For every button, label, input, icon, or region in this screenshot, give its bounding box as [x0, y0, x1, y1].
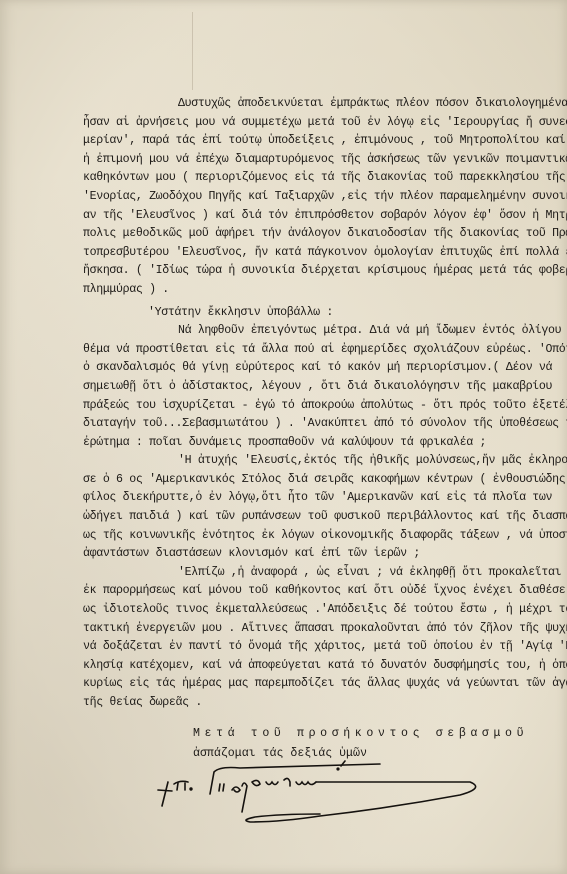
closing-salutation: Μετά τοῦ προσήκοντος σεβασμοῦ ἀσπάζομαι …: [193, 724, 528, 764]
text-line: Δυστυχῶς ἀποδεικνύεται ἐμπράκτως πλέον π…: [83, 95, 553, 114]
text-line: μερίαν', παρά τάς ἐπί τούτῳ ὑποδείξεις ,…: [83, 132, 553, 151]
text-line: κλησίᾳ κατέχομεν, καί νά ἀποφεύγεται κατ…: [83, 657, 553, 676]
text-line: νά δοξάζεται ἐν παντί τό ὄνομά τῆς χάριτ…: [83, 638, 553, 657]
text-line: φίλος διεκήρυττε,ὁ ἐν λόγῳ,ὅτι ἦτο τῶν '…: [83, 489, 553, 508]
text-line: ως ἰδιοτελοῦς τινος ἐκμεταλλεύσεως .'Από…: [83, 601, 553, 620]
text-line: Νά ληφθοῦν ἐπειγόντως μέτρα. Διά νά μή ἴ…: [83, 322, 553, 341]
paragraph-2: 'Υστάτην ἔκκλησιν ὑποβάλλω :: [83, 304, 553, 323]
document-page: Δυστυχῶς ἀποδεικνύεται ἐμπράκτως πλέον π…: [0, 0, 567, 874]
paragraph-4: 'Η ἀτυχής 'Ελευσίς,ἐκτός τῆς ἠθικῆς μολύ…: [83, 452, 553, 564]
paragraph-5: 'Ελπίζω ,ἡ ἀναφορά , ὡς εἶναι ; νά ἐκληφ…: [83, 564, 553, 713]
text-line: κυρίως εἰς τάς ἡμέρας μας παρεμποδίζει τ…: [83, 675, 553, 694]
letter-body: Δυστυχῶς ἀποδεικνύεται ἐμπράκτως πλέον π…: [83, 95, 553, 713]
closing-line-1: Μετά τοῦ προσήκοντος σεβασμοῦ: [193, 724, 528, 744]
text-line: 'Ελπίζω ,ἡ ἀναφορά , ὡς εἶναι ; νά ἐκληφ…: [83, 564, 553, 583]
text-line: ἀφαντάστων διαστάσεων κλονισμόν καί ἐπί …: [83, 545, 553, 564]
text-line: ἐκ παρορμήσεως καί μόνου τοῦ καθήκοντος …: [83, 582, 553, 601]
text-line: τακτική ἐνεργειῶν μου . Αἵτινες ἅπασαι π…: [83, 620, 553, 639]
text-line: 'Ενορίας, Ζωοδόχου Πηγῆς καί Ταξιαρχῶν ,…: [83, 188, 553, 207]
text-line: αν τῆς 'Ελευσῖνος ) καί διά τόν ἐπιπρόσθ…: [83, 207, 553, 226]
paper-fold-mark: [192, 12, 193, 90]
text-line: ως τῆς κοινωνικῆς ἑνότητος ἐκ λόγων οἰκο…: [83, 527, 553, 546]
paragraph-3: Νά ληφθοῦν ἐπειγόντως μέτρα. Διά νά μή ἴ…: [83, 322, 553, 452]
text-line: ὡδήγει παιδιά ) καί τῶν ρυπάνσεων τοῦ φυ…: [83, 508, 553, 527]
paragraph-1: Δυστυχῶς ἀποδεικνύεται ἐμπράκτως πλέον π…: [83, 95, 553, 300]
text-line: ὁ σκανδαλισμός θά γίνῃ εὐρύτερος καί τό …: [83, 359, 553, 378]
text-line: 'Υστάτην ἔκκλησιν ὑποβάλλω :: [83, 304, 553, 323]
text-line: θέμα νά προστίθεται εἰς τά ἄλλα πού αἱ ἐ…: [83, 341, 553, 360]
text-line: ἡ ἐπιμονή μου νά ἐπέχω διαμαρτυρόμενος τ…: [83, 151, 553, 170]
text-line: ἐρώτημα : ποῖαι δυνάμεις προσπαθοῦν νά κ…: [83, 434, 553, 453]
text-line: 'Η ἀτυχής 'Ελευσίς,ἐκτός τῆς ἠθικῆς μολύ…: [83, 452, 553, 471]
text-line: πράξεώς του ἰσχυρίζεται - ἐγώ τό ἀποκρού…: [83, 397, 553, 416]
text-line: διαταγήν τοῦ...Σεβασμιωτάτου ) . 'Ανακύπ…: [83, 415, 553, 434]
text-line: τῆς θείας δωρεᾶς .: [83, 694, 553, 713]
text-line: καθηκόντων μου ( περιοριζόμενος εἰς τά τ…: [83, 169, 553, 188]
text-line: ἦσαν αἱ ἀρνήσεις μου νά συμμετέχω μετά τ…: [83, 114, 553, 133]
text-line: σημειωθῇ ὅτι ὁ ἀδίστακτος, λέγουν , ὅτι …: [83, 378, 553, 397]
text-line: σε ὁ 6 ος 'Αμερικανικός Στόλος διά σειρᾶ…: [83, 471, 553, 490]
text-line: τοπρεσβυτέρου 'Ελευσῖνος, ἥν κατά πάγκοι…: [83, 244, 553, 263]
text-line: πολις μεθοδικῶς μοῦ ἀφήρει τήν ἀνάλογον …: [83, 225, 553, 244]
text-line: πλημμύρας ) .: [83, 281, 553, 300]
text-line: ἤσκησα. ( 'Ιδίως τώρα ἡ συνοικία διέρχετ…: [83, 262, 553, 281]
handwritten-signature: [150, 760, 480, 840]
